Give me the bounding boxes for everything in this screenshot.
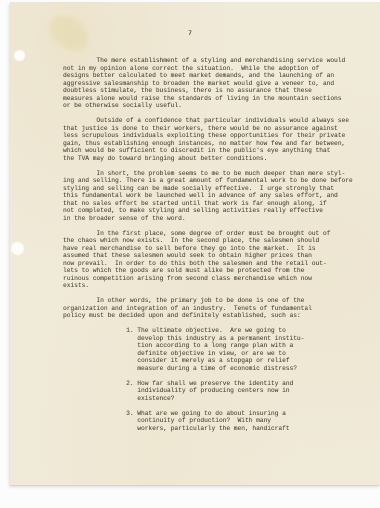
list-item-1: 1. The ultimate objective. Are we going … bbox=[63, 327, 365, 372]
list-item-3: 3. What are we going to do about insurin… bbox=[63, 410, 365, 433]
list-item-2: 2. How far shall we preserve the identit… bbox=[63, 380, 365, 403]
document-body: The mere establishment of a styling and … bbox=[63, 57, 365, 432]
paper-hole-top bbox=[14, 50, 25, 61]
paragraph-2: Outside of a confidence that particular … bbox=[63, 117, 365, 162]
page-number: 7 bbox=[10, 30, 370, 37]
paragraph-1: The mere establishment of a styling and … bbox=[63, 57, 365, 110]
paragraph-5: In other words, the primary job to be do… bbox=[63, 297, 365, 320]
scan-background: 7 The mere establishment of a styling an… bbox=[0, 0, 380, 508]
paragraph-3: In short, the problem seems to me to be … bbox=[63, 170, 365, 223]
document-page: 7 The mere establishment of a styling an… bbox=[10, 2, 380, 485]
paper-hole-middle bbox=[11, 242, 24, 255]
paragraph-4: In the first place, some degree of order… bbox=[63, 230, 365, 290]
